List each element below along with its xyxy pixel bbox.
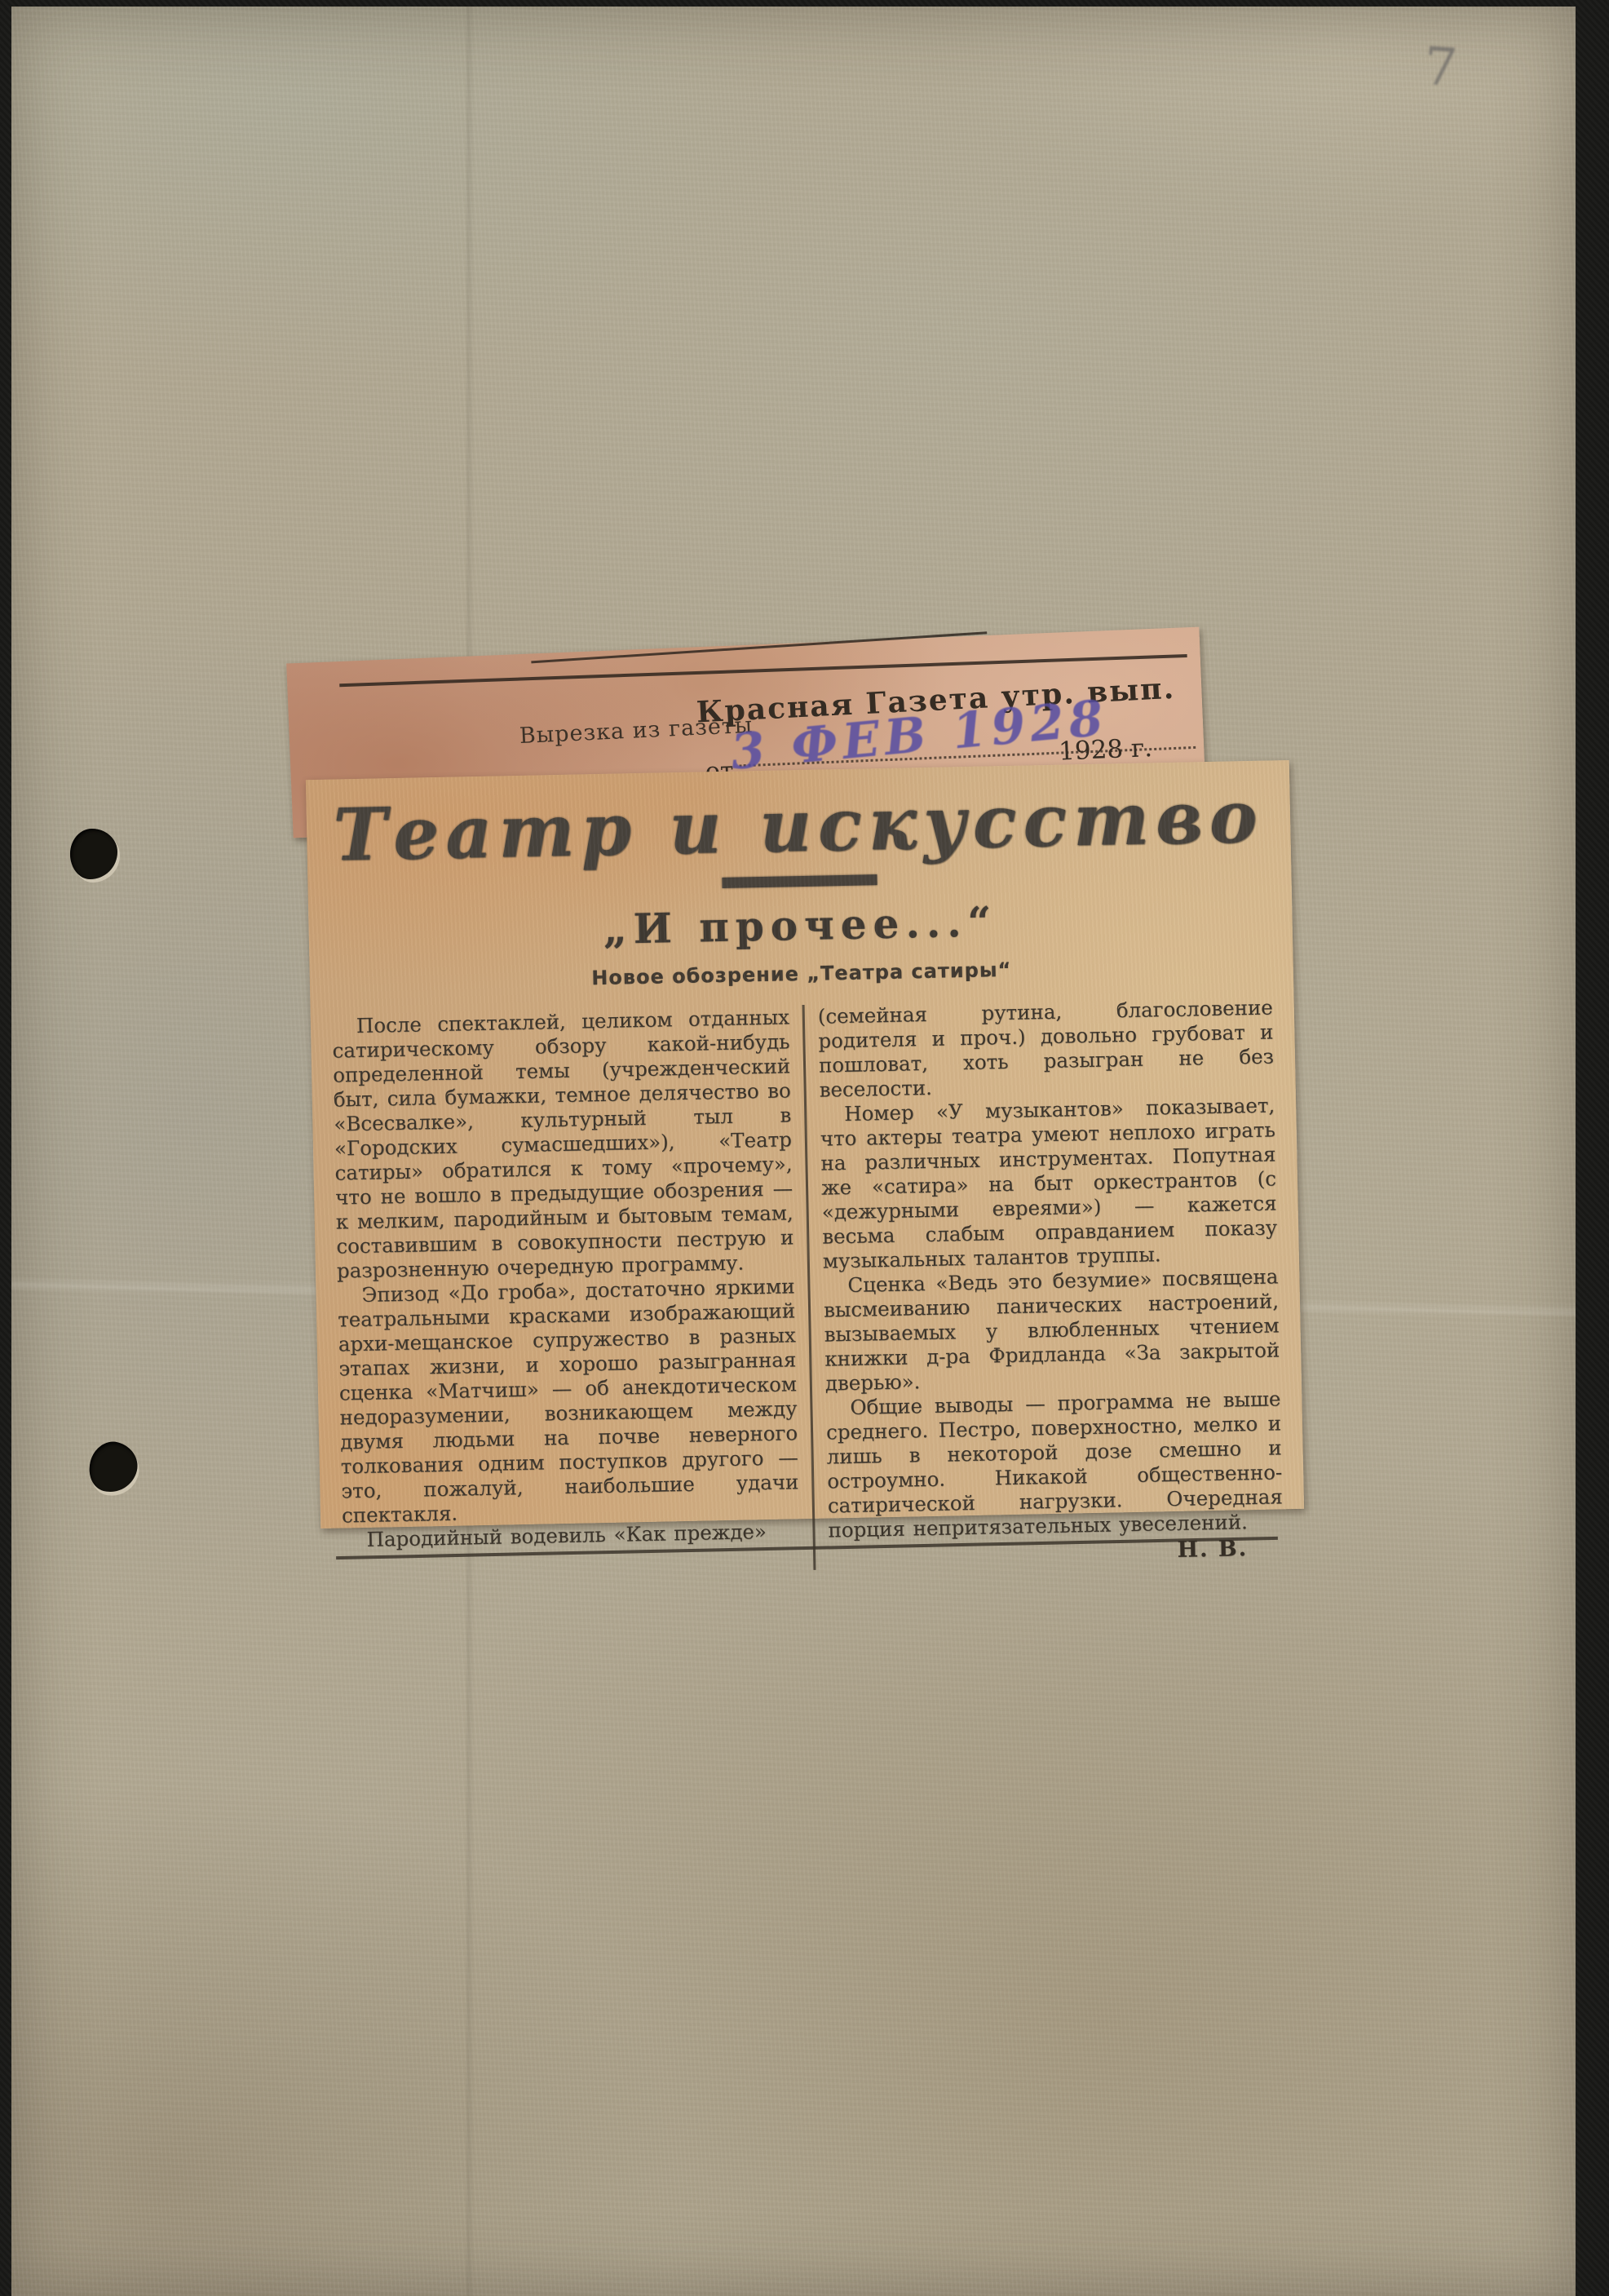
left-column: После спектаклей, целиком отданных сатир… bbox=[332, 1005, 814, 1579]
scan-background: { "page": { "corner_number": "7" }, "lab… bbox=[0, 0, 1609, 2296]
section-title: Театр и искусство bbox=[306, 773, 1291, 878]
article-title: „И прочее...“ bbox=[308, 891, 1293, 959]
punch-hole-bottom bbox=[84, 1437, 142, 1497]
paragraph: (семейная рутина, благословение родителя… bbox=[818, 995, 1275, 1102]
article-clipping: Театр и искусство „И прочее...“ Новое об… bbox=[306, 760, 1304, 1528]
article-subtitle: Новое обозрение „Театра сатиры“ bbox=[310, 953, 1293, 995]
paragraph: Общие выводы — программа не выше среднег… bbox=[825, 1387, 1284, 1542]
headline-rule bbox=[722, 874, 877, 888]
strip-cut-edge-line bbox=[531, 631, 987, 663]
page-number-pencil: 7 bbox=[1421, 37, 1459, 100]
paragraph: Сценка «Ведь это безумие» посвящена высм… bbox=[823, 1264, 1280, 1396]
scrapbook-page: 7 Вырезка из газеты Красная Газета утр. … bbox=[11, 7, 1576, 2296]
paragraph: После спектаклей, целиком отданных сатир… bbox=[332, 1005, 795, 1283]
punch-hole-top bbox=[70, 829, 117, 879]
article-columns: После спектаклей, целиком отданных сатир… bbox=[311, 995, 1306, 1580]
right-column: (семейная рутина, благословение родителя… bbox=[802, 995, 1284, 1569]
printed-year: 1928 г. bbox=[1059, 733, 1153, 767]
paragraph: Эпизод «До гроба», достаточно яркими теа… bbox=[337, 1274, 799, 1528]
paragraph: Номер «У музыкантов» показывает, что акт… bbox=[820, 1093, 1278, 1273]
